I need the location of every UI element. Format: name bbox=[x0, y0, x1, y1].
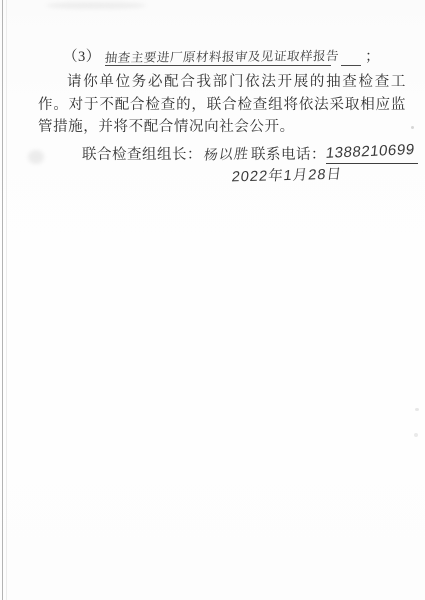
body-paragraph: 请你单位务必配合我部门依法开展的抽查检查工作。对于不配合检查的，联合检查组将依法… bbox=[38, 71, 406, 139]
paper-speck bbox=[415, 408, 419, 411]
bleedthrough-smudge-top bbox=[46, 2, 146, 9]
item-3-short-blank-segment bbox=[341, 48, 361, 66]
item-3-blank-underline: 抽查主要进厂原材料报审及见证取样报告 bbox=[105, 48, 331, 66]
phone-label: 联系电话： bbox=[251, 147, 326, 163]
phone-blank-underline: 1388210699 bbox=[326, 145, 418, 164]
phone-number-handwriting: 1388210699 bbox=[325, 141, 416, 162]
item-3-suffix-punctuation: ； bbox=[365, 49, 380, 65]
date-line: 2022年1月28日 bbox=[232, 164, 342, 185]
scan-edge-line-faint bbox=[6, 0, 7, 600]
item-3-line: （3） 抽查主要进厂原材料报审及见证取样报告 ； bbox=[63, 45, 380, 66]
paper-speck bbox=[414, 433, 418, 437]
leader-label: 联合检查组组长： bbox=[82, 147, 202, 163]
paper-speck bbox=[411, 126, 414, 129]
item-3-number-label: （3） bbox=[63, 49, 101, 65]
item-3-handwritten-entry: 抽查主要进厂原材料报审及见证取样报告 bbox=[104, 46, 340, 66]
leader-signature-handwriting: 杨以胜 bbox=[202, 143, 250, 165]
scan-edge-line bbox=[2, 0, 3, 600]
bleedthrough-smudge-left bbox=[28, 150, 44, 164]
date-handwriting: 2022年1月28日 bbox=[231, 163, 344, 187]
scanned-document-page: （3） 抽查主要进厂原材料报审及见证取样报告 ； 请你单位务必配合我部门依法开展… bbox=[0, 0, 425, 600]
signoff-line: 联合检查组组长：杨以胜联系电话：1388210699 bbox=[82, 143, 418, 164]
